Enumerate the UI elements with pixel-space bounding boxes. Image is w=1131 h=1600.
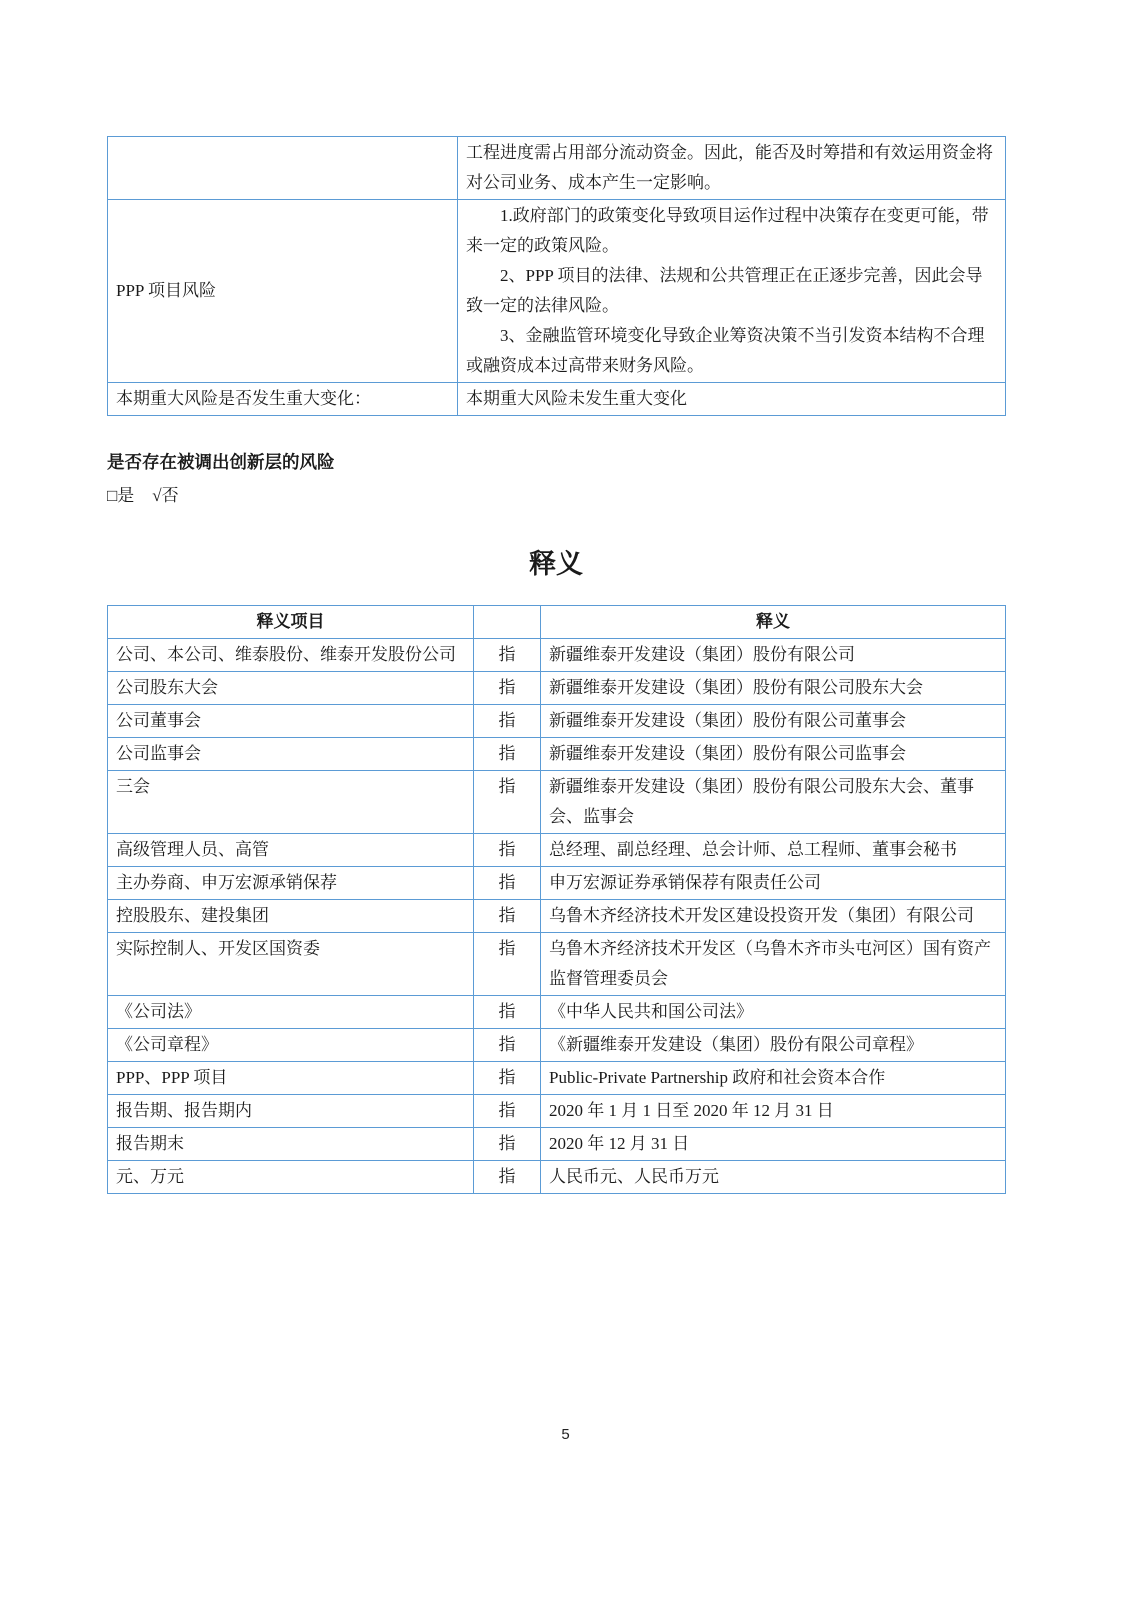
checkmark-icon: √ — [152, 486, 161, 505]
definition-term-cell: 高级管理人员、高管 — [108, 834, 474, 867]
link-cell: 指 — [474, 1161, 541, 1194]
link-cell: 指 — [474, 867, 541, 900]
link-cell: 指 — [474, 996, 541, 1029]
table-header-row: 释义项目 释义 — [108, 606, 1006, 639]
link-cell: 指 — [474, 738, 541, 771]
risk-item: 1.政府部门的政策变化导致项目运作过程中决策存在变更可能，带来一定的政策风险。 — [466, 201, 997, 261]
definition-cell: 新疆维泰开发建设（集团）股份有限公司董事会 — [541, 705, 1006, 738]
definition-cell: 《中华人民共和国公司法》 — [541, 996, 1006, 1029]
definition-term-cell: 公司股东大会 — [108, 672, 474, 705]
definition-row: 《公司法》 指 《中华人民共和国公司法》 — [108, 996, 1006, 1029]
definition-row: 报告期末 指 2020 年 12 月 31 日 — [108, 1128, 1006, 1161]
innovation-risk-options: □是√否 — [107, 483, 1005, 509]
definition-term-cell: 公司、本公司、维泰股份、维泰开发股份公司 — [108, 639, 474, 672]
definition-cell: 2020 年 12 月 31 日 — [541, 1128, 1006, 1161]
link-cell: 指 — [474, 1029, 541, 1062]
definition-term-cell: 《公司章程》 — [108, 1029, 474, 1062]
definition-cell: 申万宏源证券承销保荐有限责任公司 — [541, 867, 1006, 900]
link-cell: 指 — [474, 705, 541, 738]
definition-row: 公司监事会 指 新疆维泰开发建设（集团）股份有限公司监事会 — [108, 738, 1006, 771]
definition-term-cell: 公司董事会 — [108, 705, 474, 738]
definitions-title: 释义 — [107, 547, 1005, 581]
link-cell: 指 — [474, 933, 541, 996]
definition-row: 报告期、报告期内 指 2020 年 1 月 1 日至 2020 年 12 月 3… — [108, 1095, 1006, 1128]
risk-term-cell — [108, 137, 458, 200]
definition-cell: 新疆维泰开发建设（集团）股份有限公司股东大会、董事会、监事会 — [541, 771, 1006, 834]
definition-cell: Public-Private Partnership 政府和社会资本合作 — [541, 1062, 1006, 1095]
option-yes-label: 是 — [117, 486, 134, 505]
definition-cell: 《新疆维泰开发建设（集团）股份有限公司章程》 — [541, 1029, 1006, 1062]
risk-detail-cell: 工程进度需占用部分流动资金。因此，能否及时筹措和有效运用资金将对公司业务、成本产… — [458, 137, 1006, 200]
definition-cell: 新疆维泰开发建设（集团）股份有限公司监事会 — [541, 738, 1006, 771]
definition-term-cell: 三会 — [108, 771, 474, 834]
option-no-label: 否 — [162, 486, 179, 505]
definition-term-cell: 《公司法》 — [108, 996, 474, 1029]
definition-row: 高级管理人员、高管 指 总经理、副总经理、总会计师、总工程师、董事会秘书 — [108, 834, 1006, 867]
link-header-cell — [474, 606, 541, 639]
definition-row: 控股股东、建投集团 指 乌鲁木齐经济技术开发区建设投资开发（集团）有限公司 — [108, 900, 1006, 933]
definition-row: 公司董事会 指 新疆维泰开发建设（集团）股份有限公司董事会 — [108, 705, 1006, 738]
page-number: 5 — [0, 1426, 1131, 1443]
definition-term-cell: 公司监事会 — [108, 738, 474, 771]
link-cell: 指 — [474, 771, 541, 834]
definition-row: 实际控制人、开发区国资委 指 乌鲁木齐经济技术开发区（乌鲁木齐市头屯河区）国有资… — [108, 933, 1006, 996]
definition-row: 主办券商、申万宏源承销保荐 指 申万宏源证券承销保荐有限责任公司 — [108, 867, 1006, 900]
option-no: √否 — [152, 486, 178, 505]
term-header-cell: 释义项目 — [108, 606, 474, 639]
definitions-table: 释义项目 释义 公司、本公司、维泰股份、维泰开发股份公司 指 新疆维泰开发建设（… — [107, 605, 1006, 1194]
definition-term-cell: 主办券商、申万宏源承销保荐 — [108, 867, 474, 900]
definition-cell: 总经理、副总经理、总会计师、总工程师、董事会秘书 — [541, 834, 1006, 867]
definition-row: PPP、PPP 项目 指 Public-Private Partnership … — [108, 1062, 1006, 1095]
risk-detail-cell: 本期重大风险未发生重大变化 — [458, 383, 1006, 416]
definition-cell: 新疆维泰开发建设（集团）股份有限公司 — [541, 639, 1006, 672]
definition-row: 公司、本公司、维泰股份、维泰开发股份公司 指 新疆维泰开发建设（集团）股份有限公… — [108, 639, 1006, 672]
innovation-risk-heading: 是否存在被调出创新层的风险 — [107, 450, 1005, 474]
link-cell: 指 — [474, 1062, 541, 1095]
risk-table: 工程进度需占用部分流动资金。因此，能否及时筹措和有效运用资金将对公司业务、成本产… — [107, 136, 1006, 416]
definition-term-cell: 控股股东、建投集团 — [108, 900, 474, 933]
definition-term-cell: 报告期、报告期内 — [108, 1095, 474, 1128]
table-row: 本期重大风险是否发生重大变化： 本期重大风险未发生重大变化 — [108, 383, 1006, 416]
link-cell: 指 — [474, 672, 541, 705]
definition-row: 元、万元 指 人民币元、人民币万元 — [108, 1161, 1006, 1194]
option-yes: □是 — [107, 486, 134, 505]
risk-detail-cell: 1.政府部门的政策变化导致项目运作过程中决策存在变更可能，带来一定的政策风险。 … — [458, 200, 1006, 383]
definition-row: 三会 指 新疆维泰开发建设（集团）股份有限公司股东大会、董事会、监事会 — [108, 771, 1006, 834]
risk-term-cell: PPP 项目风险 — [108, 200, 458, 383]
definition-row: 《公司章程》 指 《新疆维泰开发建设（集团）股份有限公司章程》 — [108, 1029, 1006, 1062]
table-row: 工程进度需占用部分流动资金。因此，能否及时筹措和有效运用资金将对公司业务、成本产… — [108, 137, 1006, 200]
link-cell: 指 — [474, 834, 541, 867]
definition-term-cell: 报告期末 — [108, 1128, 474, 1161]
risk-item: 2、PPP 项目的法律、法规和公共管理正在正逐步完善，因此会导致一定的法律风险。 — [466, 261, 997, 321]
risk-continuation-text: 工程进度需占用部分流动资金。因此，能否及时筹措和有效运用资金将对公司业务、成本产… — [466, 138, 997, 198]
risk-term-cell: 本期重大风险是否发生重大变化： — [108, 383, 458, 416]
definition-term-cell: 元、万元 — [108, 1161, 474, 1194]
page-content: 工程进度需占用部分流动资金。因此，能否及时筹措和有效运用资金将对公司业务、成本产… — [107, 136, 1005, 1194]
table-row: PPP 项目风险 1.政府部门的政策变化导致项目运作过程中决策存在变更可能，带来… — [108, 200, 1006, 383]
checkbox-unchecked-icon: □ — [107, 486, 117, 505]
definition-header-cell: 释义 — [541, 606, 1006, 639]
definition-row: 公司股东大会 指 新疆维泰开发建设（集团）股份有限公司股东大会 — [108, 672, 1006, 705]
risk-change-text: 本期重大风险未发生重大变化 — [466, 384, 997, 414]
definition-cell: 乌鲁木齐经济技术开发区（乌鲁木齐市头屯河区）国有资产监督管理委员会 — [541, 933, 1006, 996]
link-cell: 指 — [474, 1095, 541, 1128]
link-cell: 指 — [474, 639, 541, 672]
definition-cell: 人民币元、人民币万元 — [541, 1161, 1006, 1194]
definition-cell: 2020 年 1 月 1 日至 2020 年 12 月 31 日 — [541, 1095, 1006, 1128]
link-cell: 指 — [474, 1128, 541, 1161]
definition-term-cell: PPP、PPP 项目 — [108, 1062, 474, 1095]
definition-cell: 乌鲁木齐经济技术开发区建设投资开发（集团）有限公司 — [541, 900, 1006, 933]
link-cell: 指 — [474, 900, 541, 933]
definition-cell: 新疆维泰开发建设（集团）股份有限公司股东大会 — [541, 672, 1006, 705]
definition-term-cell: 实际控制人、开发区国资委 — [108, 933, 474, 996]
risk-item: 3、金融监管环境变化导致企业筹资决策不当引发资本结构不合理或融资成本过高带来财务… — [466, 321, 997, 381]
